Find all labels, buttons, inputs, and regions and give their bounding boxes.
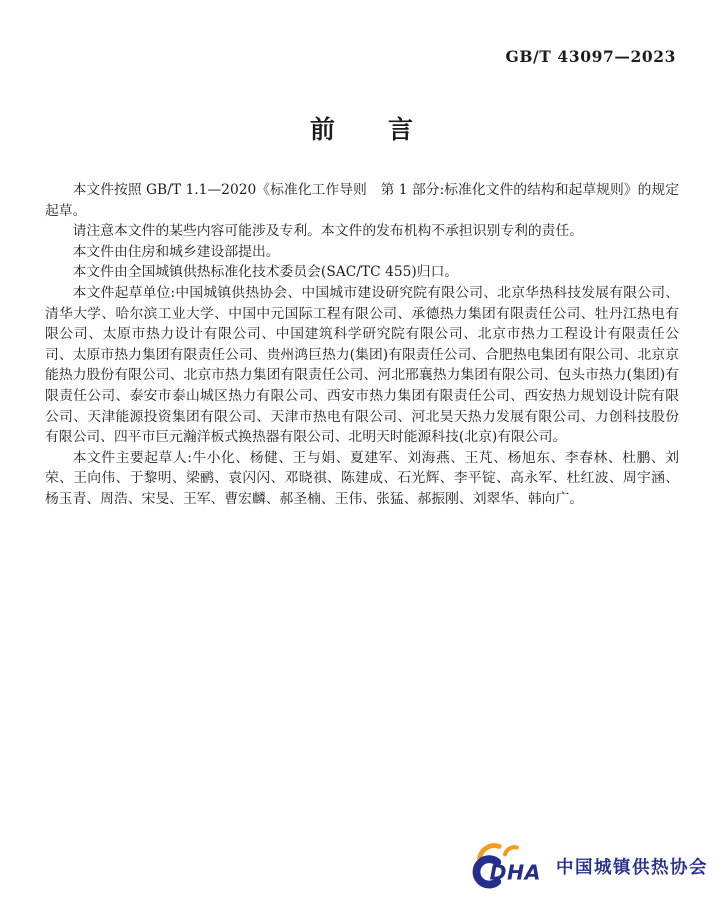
paragraph-main-drafters: 本文件主要起草人:牛小化、杨健、王与娟、夏建军、刘海燕、王芃、杨旭东、李春林、杜… [45, 448, 679, 510]
cdha-acronym: DHA [489, 861, 541, 885]
page-title-foreword: 前 言 [0, 110, 724, 146]
paragraph-drafting-rule: 本文件按照 GB/T 1.1—2020《标准化工作导则 第 1 部分:标准化文件… [45, 180, 679, 221]
paragraph-drafting-units: 本文件起草单位:中国城镇供热协会、中国城市建设研究院有限公司、北京华热科技发展有… [45, 283, 679, 448]
standard-number: GB/T 43097—2023 [506, 47, 677, 66]
cdha-logo: DHA 中国城镇供热协会 [467, 841, 708, 891]
paragraph-proposed-by: 本文件由住房和城乡建设部提出。 [45, 242, 679, 263]
foreword-body: 本文件按照 GB/T 1.1—2020《标准化工作导则 第 1 部分:标准化文件… [45, 180, 679, 510]
association-name: 中国城镇供热协会 [556, 854, 708, 879]
paragraph-patent-notice: 请注意本文件的某些内容可能涉及专利。本文件的发布机构不承担识别专利的责任。 [45, 221, 679, 242]
paragraph-committee: 本文件由全国城镇供热标准化技术委员会(SAC/TC 455)归口。 [45, 262, 679, 283]
cdha-logo-icon: DHA [467, 841, 549, 891]
document-page: GB/T 43097—2023 前 言 本文件按照 GB/T 1.1—2020《… [0, 0, 724, 901]
